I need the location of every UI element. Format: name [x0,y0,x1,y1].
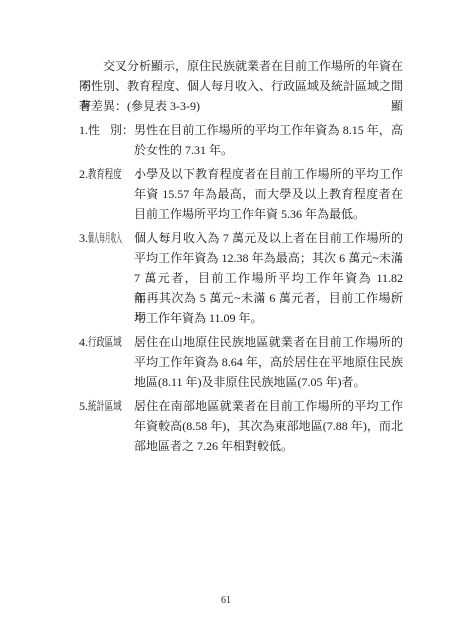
item-label: 4. 行政區域 ： [79,332,134,352]
item-text-line: 而再其次為 5 萬元~未滿 6 萬元者，目前工作場所平 [134,288,403,308]
list-item-gender: 1. 性別 ： 男性在目前工作場所的平均工作年資為 8.15 年，高 於女性的 … [79,120,403,160]
item-text: 居住在南部地區就業者在目前工作場所的平均工作 年資較高(8.58 年)，其次為東… [134,396,403,456]
paragraph-line: 同性別、教育程度、個人每月收入、行政區域及統計區域之間有顯 [79,76,403,96]
item-text-line: 平均工作年資為 12.38 年為最高；其次 6 萬元~未滿 [134,248,403,268]
item-text: 個人每月收入為 7 萬元及以上者在目前工作場所的 平均工作年資為 12.38 年… [134,228,403,328]
item-name: 性別 [88,120,122,140]
item-text-line: 部地區者之 7.26 年相對較低。 [134,436,403,456]
item-text-line: 居住在山地原住民族地區就業者在目前工作場所的 [134,332,403,352]
item-text-line: 小學及以下教育程度者在目前工作場所的平均工作 [134,164,403,184]
item-text-line: 7 萬元者，目前工作場所平均工作年資為 11.82 年； [134,268,403,288]
list-item-administrative-region: 4. 行政區域 ： 居住在山地原住民族地區就業者在目前工作場所的 平均工作年資為… [79,332,403,392]
item-number: 5. [79,396,88,416]
item-text-line: 目前工作場所平均工作年資 5.36 年為最低。 [134,204,403,224]
item-number: 1. [79,120,88,140]
item-text-line: 個人每月收入為 7 萬元及以上者在目前工作場所的 [134,228,403,248]
item-label: 3. 個人每月收入 ： [79,228,134,248]
item-text: 小學及以下教育程度者在目前工作場所的平均工作 年資 15.57 年為最高，而大學… [134,164,403,224]
item-text-line: 男性在目前工作場所的平均工作年資為 8.15 年，高 [134,120,403,140]
item-text: 居住在山地原住民族地區就業者在目前工作場所的 平均工作年資為 8.64 年，高於… [134,332,403,392]
item-text-line: 年資較高(8.58 年)，其次為東部地區(7.88 年)，而北 [134,416,403,436]
item-text-line: 居住在南部地區就業者在目前工作場所的平均工作 [134,396,403,416]
item-text-line: 平均工作年資為 8.64 年，高於居住在平地原住民族 [134,352,403,372]
paragraph-line: 交叉分析顯示，原住民族就業者在目前工作場所的年資在不 [79,56,403,76]
item-name: 統計區域 [88,396,136,416]
item-text-line: 年資 15.57 年為最高，而大學及以上教育程度者在 [134,184,403,204]
item-name: 行政區域 [88,332,136,352]
list-item-statistical-region: 5. 統計區域 ： 居住在南部地區就業者在目前工作場所的平均工作 年資較高(8.… [79,396,403,456]
item-name: 教育程度 [88,164,136,184]
item-number: 3. [79,228,88,248]
page-number: 61 [0,594,452,608]
item-number: 2. [79,164,88,184]
item-text-line: 地區(8.11 年)及非原住民族地區(7.05 年)者。 [134,372,403,392]
list-item-education: 2. 教育程度 ： 小學及以下教育程度者在目前工作場所的平均工作 年資 15.5… [79,164,403,224]
item-text-line: 於女性的 7.31 年。 [134,140,403,160]
item-name: 個人每月收入 [88,228,160,248]
item-text-line: 均工作年資為 11.09 年。 [134,308,403,328]
page-body-text: 交叉分析顯示，原住民族就業者在目前工作場所的年資在不 同性別、教育程度、個人每月… [79,56,403,456]
item-label: 1. 性別 ： [79,120,134,140]
item-text: 男性在目前工作場所的平均工作年資為 8.15 年，高 於女性的 7.31 年。 [134,120,403,160]
list-item-monthly-income: 3. 個人每月收入 ： 個人每月收入為 7 萬元及以上者在目前工作場所的 平均工… [79,228,403,328]
item-colon: ： [122,120,134,140]
item-label: 2. 教育程度 ： [79,164,134,184]
item-label: 5. 統計區域 ： [79,396,134,416]
intro-paragraph: 交叉分析顯示，原住民族就業者在目前工作場所的年資在不 同性別、教育程度、個人每月… [79,56,403,116]
document-page: 交叉分析顯示，原住民族就業者在目前工作場所的年資在不 同性別、教育程度、個人每月… [0,0,452,640]
item-number: 4. [79,332,88,352]
